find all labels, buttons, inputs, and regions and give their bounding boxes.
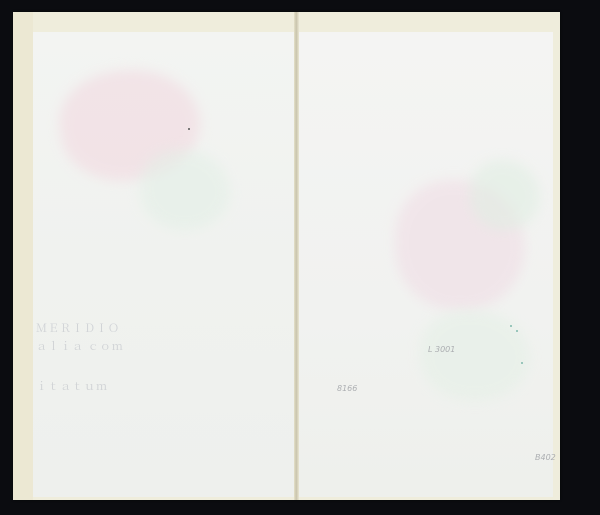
teal-speck	[521, 362, 523, 364]
reverse-text-line: ｉｔａｔｕｍ	[36, 378, 108, 394]
teal-speck	[510, 325, 512, 327]
pencil-inventory-note: 8166	[337, 384, 357, 393]
green-color-show-through	[140, 150, 230, 230]
green-color-show-through	[470, 160, 540, 230]
reverse-text-line: ａｌｉａ ｃｏｍ	[36, 338, 124, 354]
green-color-show-through	[420, 310, 530, 400]
center-fold	[294, 12, 299, 500]
pencil-inventory-note: L 3001	[428, 345, 455, 354]
pencil-inventory-note: B402	[535, 453, 556, 462]
ink-speck	[188, 128, 190, 130]
teal-speck	[516, 330, 518, 332]
reverse-text-line: ＭＥＲＩＤＩＯ	[36, 320, 120, 336]
left-hinge-strip	[13, 12, 33, 500]
